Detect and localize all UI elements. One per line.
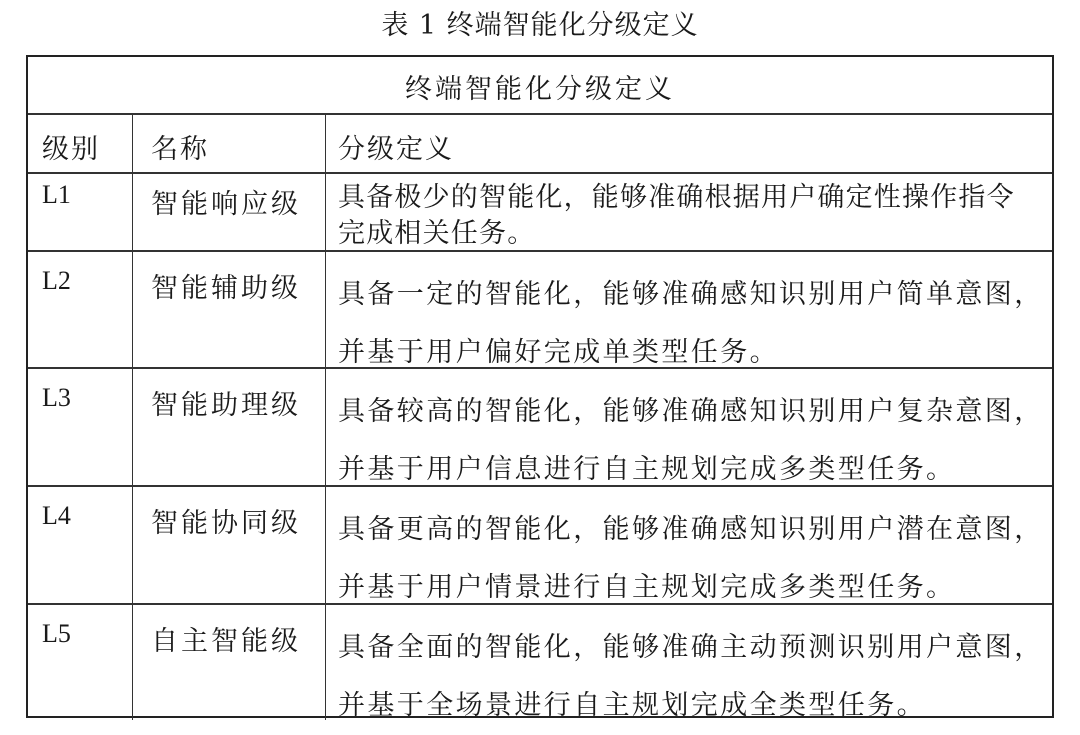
- definition-line: 完成相关任务。: [338, 216, 1044, 252]
- name-cell: 智能辅助级: [133, 252, 326, 367]
- table-row: L2 智能辅助级 具备一定的智能化，能够准确感知识别用户简单意图， 并基于用户偏…: [28, 252, 1052, 369]
- level-cell: L3: [28, 369, 133, 485]
- definition-cell: 具备更高的智能化，能够准确感知识别用户潜在意图， 并基于用户情景进行自主规划完成…: [326, 487, 1052, 603]
- definition-line: 具备一定的智能化，能够准确感知识别用户简单意图，: [338, 266, 1044, 324]
- header-name: 名称: [133, 115, 326, 172]
- table-row: L1 智能响应级 具备极少的智能化，能够准确根据用户确定性操作指令 完成相关任务…: [28, 174, 1052, 252]
- table-title: 终端智能化分级定义: [28, 57, 1052, 113]
- definition-line: 具备较高的智能化，能够准确感知识别用户复杂意图，: [338, 383, 1044, 441]
- definition-cell: 具备一定的智能化，能够准确感知识别用户简单意图， 并基于用户偏好完成单类型任务。: [326, 252, 1052, 367]
- table-caption: 表 1 终端智能化分级定义: [0, 6, 1080, 46]
- name-cell: 智能协同级: [133, 487, 326, 603]
- level-cell: L4: [28, 487, 133, 603]
- definition-line: 具备极少的智能化，能够准确根据用户确定性操作指令: [338, 180, 1044, 216]
- definition-line: 具备全面的智能化，能够准确主动预测识别用户意图，: [338, 619, 1044, 677]
- definition-cell: 具备全面的智能化，能够准确主动预测识别用户意图， 并基于全场景进行自主规划完成全…: [326, 605, 1052, 720]
- table-title-row: 终端智能化分级定义: [28, 57, 1052, 115]
- definition-line: 并基于全场景进行自主规划完成全类型任务。: [338, 677, 1044, 735]
- level-cell: L1: [28, 174, 133, 250]
- level-cell: L2: [28, 252, 133, 367]
- name-cell: 智能响应级: [133, 174, 326, 250]
- name-cell: 自主智能级: [133, 605, 326, 720]
- definition-cell: 具备较高的智能化，能够准确感知识别用户复杂意图， 并基于用户信息进行自主规划完成…: [326, 369, 1052, 485]
- header-row: 级别 名称 分级定义: [28, 115, 1052, 174]
- definition-line: 具备更高的智能化，能够准确感知识别用户潜在意图，: [338, 501, 1044, 559]
- table-row: L4 智能协同级 具备更高的智能化，能够准确感知识别用户潜在意图， 并基于用户情…: [28, 487, 1052, 605]
- header-definition: 分级定义: [326, 115, 1052, 172]
- header-level: 级别: [28, 115, 133, 172]
- level-cell: L5: [28, 605, 133, 720]
- definition-cell: 具备极少的智能化，能够准确根据用户确定性操作指令 完成相关任务。: [326, 174, 1052, 250]
- table-row: L3 智能助理级 具备较高的智能化，能够准确感知识别用户复杂意图， 并基于用户信…: [28, 369, 1052, 487]
- levels-table: 终端智能化分级定义 级别 名称 分级定义 L1 智能响应级 具备极少的智能化，能…: [26, 55, 1054, 718]
- name-cell: 智能助理级: [133, 369, 326, 485]
- table-row: L5 自主智能级 具备全面的智能化，能够准确主动预测识别用户意图， 并基于全场景…: [28, 605, 1052, 720]
